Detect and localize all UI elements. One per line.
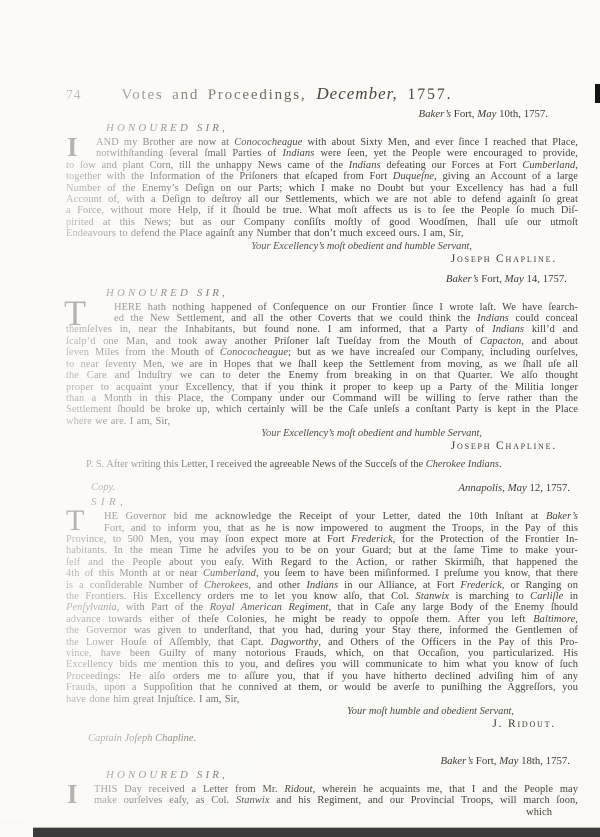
- salutation: SIR,: [91, 496, 578, 509]
- salutation: HONOURED SIR,: [106, 122, 578, 135]
- text-line: Account of, with a Deſign to deſtroy all…: [66, 194, 578, 205]
- closing: Your moſt humble and obedient Servant,: [66, 706, 578, 718]
- text-line: themſelves in, near the Inhabitants, but…: [66, 324, 578, 335]
- text-line: Number of the Enemy’s Deſign on our Part…: [66, 183, 578, 194]
- text-line: have done him great Injuſtice. I am, Sir…: [66, 694, 578, 705]
- text-line: Excellency bids me mention this to you, …: [66, 659, 578, 670]
- letter: Baker’s Fort, May 14, 1757.HONOURED SIR,…: [66, 273, 578, 471]
- dateline: Baker’s Fort, May 10th, 1757.: [66, 108, 578, 121]
- letter: Baker’s Fort, May 10th, 1757.HONOURED SI…: [66, 108, 578, 265]
- text-line: habitants. In the mean Time he adviſes y…: [66, 545, 578, 556]
- document-page: 74 Votes and Proceedings, December, 1757…: [0, 0, 600, 837]
- text-line: AND my Brother are now at Conococheague …: [66, 137, 578, 148]
- page-number: 74: [66, 87, 82, 103]
- text-line: the Frontiers. His Excellency orders me …: [66, 591, 578, 602]
- text-line: Endeavours to defend the Place againſt a…: [66, 228, 578, 239]
- text-line: where we are. I am, Sir,: [66, 416, 578, 427]
- text-line: together with the Information of the Pri…: [66, 171, 578, 182]
- drop-cap: T: [66, 508, 84, 534]
- letter-body: THE Governor bid me acknowledge the Rece…: [66, 511, 578, 705]
- letters: Baker’s Fort, May 10th, 1757.HONOURED SI…: [66, 108, 578, 818]
- running-title-text: Votes and Proceedings,: [122, 87, 307, 103]
- text-line: notwithſtanding ſeveral ſmall Parties of…: [66, 148, 578, 159]
- text-line: to near ſeventy Men, we are in Hopes tha…: [66, 359, 578, 370]
- addressee: Captain Joſeph Chapline.: [88, 733, 578, 745]
- running-title-month: December,: [316, 84, 397, 103]
- text-line: Province, to 500 Men, you may ſoon expec…: [66, 534, 578, 545]
- drop-cap: T: [64, 298, 86, 328]
- text-line: 4th of this Month at or near Cumberland,…: [66, 568, 578, 579]
- text-line: THIS Day received a Letter from Mr. Rido…: [66, 784, 578, 795]
- text-line: which: [66, 807, 578, 818]
- dateline: Annapolis, May 12, 1757.: [66, 482, 578, 495]
- text-line: a Force, without more Help, if it ſhould…: [66, 205, 578, 216]
- running-title-year: 1757.: [408, 86, 453, 103]
- letter: Baker’s Fort, May 18th, 1757.HONOURED SI…: [66, 755, 578, 818]
- text-line: ſelf and the People about you eaſy. With…: [66, 557, 578, 568]
- text-line: than a Month in this Place, the Company …: [66, 393, 578, 404]
- page-content: 74 Votes and Proceedings, December, 1757…: [0, 0, 600, 837]
- text-line: to ſow and plant Corn, till the unhappy …: [66, 160, 578, 171]
- text-line: the Care and Induſtry we can to deter th…: [66, 370, 578, 381]
- text-line: Fort, and to inform you, that as he is n…: [66, 523, 578, 534]
- letter-body: ITHIS Day received a Letter from Mr. Rid…: [66, 784, 578, 818]
- dateline: Baker’s Fort, May 14, 1757.: [66, 273, 578, 286]
- letter: Copy.Annapolis, May 12, 1757.SIR,THE Gov…: [66, 482, 578, 745]
- salutation: HONOURED SIR,: [106, 287, 578, 300]
- scan-edge-artifact: [595, 84, 600, 103]
- text-line: HERE hath nothing happened of Conſequenc…: [66, 302, 578, 313]
- text-line: make ourſelves eaſy, as Col. Stanwix and…: [66, 795, 578, 806]
- text-line: Proceedings: He alſo orders me to aſſure…: [66, 671, 578, 682]
- text-line: the Lower Houſe of Aſſembly, that Capt. …: [66, 637, 578, 648]
- text-line: the Governor was given to underſtand, th…: [66, 625, 578, 636]
- text-line: is a conſiderable Number of Cherokees, a…: [66, 580, 578, 591]
- text-line: ſeven Miles from the Mouth of Conocochea…: [66, 347, 578, 358]
- text-line: HE Governor bid me acknowledge the Recei…: [66, 511, 578, 522]
- dateline: Baker’s Fort, May 18th, 1757.: [66, 755, 578, 768]
- running-title: Votes and Proceedings, December, 1757.: [122, 84, 453, 104]
- drop-cap: I: [67, 782, 78, 806]
- text-line: proper to acquaint your Excellency, that…: [66, 382, 578, 393]
- drop-cap: I: [67, 135, 78, 159]
- text-line: Settlement ſhould be broke up, which cer…: [66, 404, 578, 415]
- text-line: advance towards either of theſe Colonies…: [66, 614, 578, 625]
- letter-body: IAND my Brother are now at Conococheague…: [66, 137, 578, 240]
- salutation: HONOURED SIR,: [106, 769, 578, 782]
- postscript: P. S. After writing this Letter, I recei…: [86, 459, 578, 471]
- closing: Your Excellency’s moſt obedient and humb…: [66, 428, 578, 440]
- text-line: ed the New Settlement, and all the other…: [66, 313, 578, 324]
- text-line: vince, have been Guilty of many notoriou…: [66, 648, 578, 659]
- letter-body: THERE hath nothing happened of Conſequen…: [66, 302, 578, 427]
- signature: Joseph Chapline.: [66, 440, 578, 452]
- text-line: ſcalp’d one Man, and took away another P…: [66, 336, 578, 347]
- signature: J. Ridout.: [66, 718, 578, 730]
- text-line: Frauds, upon a Suppoſition that he conni…: [66, 682, 578, 693]
- page-header: 74 Votes and Proceedings, December, 1757…: [66, 84, 578, 103]
- closing: Your Excellency’s moſt obedient and humb…: [66, 241, 578, 253]
- signature: Joseph Chapline.: [66, 253, 578, 265]
- text-line: pirited at this News; but as our Company…: [66, 217, 578, 228]
- text-line: Penſylvania, with Part of the Royal Amer…: [66, 602, 578, 613]
- scan-bar-artifact: [33, 828, 600, 837]
